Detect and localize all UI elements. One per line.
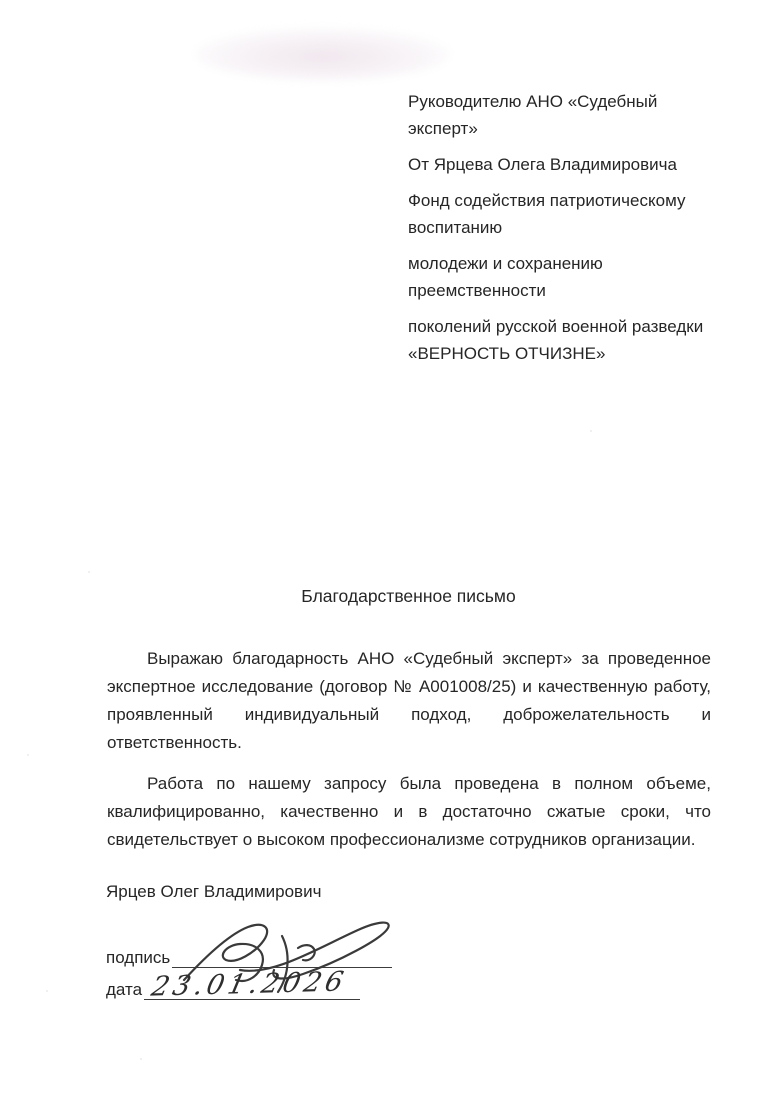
letter-body: Выражаю благодарность АНО «Судебный эксп… [107, 645, 711, 867]
faded-stamp-smudge [195, 28, 450, 80]
recipient-line: Фонд содействия патриотическому воспитан… [408, 187, 716, 241]
signature-label: подпись [106, 948, 170, 968]
signer-name: Ярцев Олег Владимирович [106, 882, 321, 902]
recipient-block: Руководителю АНО «Судебный эксперт» От Я… [408, 88, 716, 376]
scan-speck [88, 571, 90, 573]
date-label: дата [106, 980, 142, 1000]
letter-title: Благодарственное письмо [107, 586, 710, 607]
signature-row: подпись [106, 946, 392, 968]
signature-blank-line [172, 946, 392, 968]
scan-speck [590, 430, 592, 432]
handwritten-date: 23.01.2026 [149, 966, 350, 1002]
recipient-line: Руководителю АНО «Судебный эксперт» [408, 88, 716, 142]
scan-speck [27, 754, 29, 756]
recipient-line: поколений русской военной разведки «ВЕРН… [408, 313, 716, 367]
body-paragraph: Работа по нашему запросу была проведена … [107, 770, 711, 854]
recipient-line: От Ярцева Олега Владимировича [408, 151, 716, 178]
scan-speck [140, 1058, 142, 1060]
scan-speck [46, 990, 48, 992]
scanned-letter-page: Руководителю АНО «Судебный эксперт» От Я… [0, 0, 784, 1112]
recipient-line: молодежи и сохранению преемственности [408, 250, 716, 304]
body-paragraph: Выражаю благодарность АНО «Судебный эксп… [107, 645, 711, 757]
